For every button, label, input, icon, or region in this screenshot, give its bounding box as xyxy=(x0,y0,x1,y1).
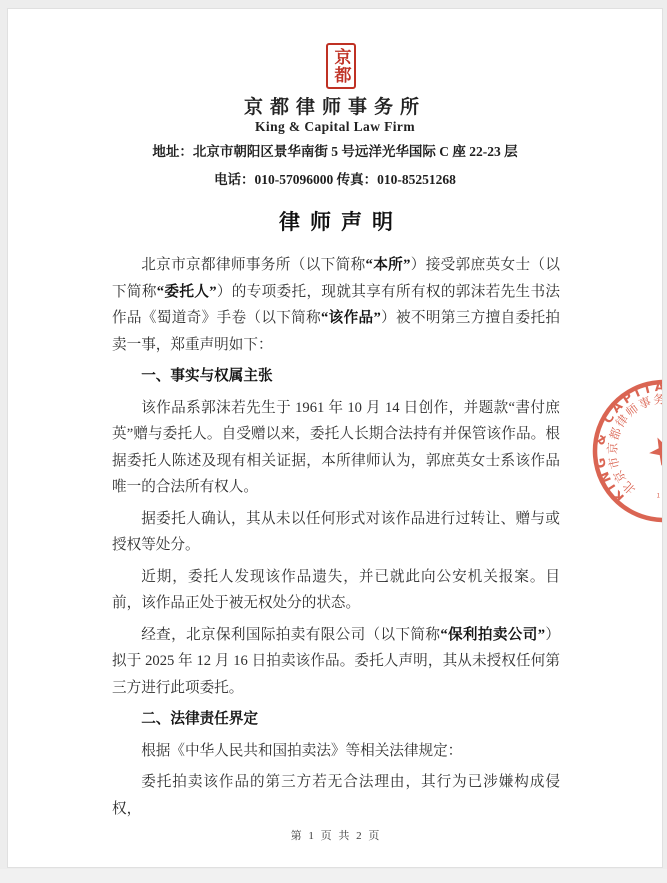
stamp-outer-ring xyxy=(576,363,663,539)
svg-text:北京市京都律师事务所: 北京市京都律师事务所 xyxy=(584,379,663,500)
section-2-paragraph-2: 委托拍卖该作品的第三方若无合法理由，其行为已涉嫌构成侵权， xyxy=(112,769,560,822)
document-content: 律师声明 北京市京都律师事务所（以下简称“本所”）接受郭庶英女士（以下简称“委托… xyxy=(112,208,560,844)
svg-text:KING & CAPITAL: KING & CAPITAL xyxy=(576,366,663,508)
scan-background-strip xyxy=(0,869,667,883)
page-number-indicator: 第 1 页 共 2 页 xyxy=(112,829,560,844)
section-1-paragraph-1: 该作品系郭沫若先生于 1961 年 10 月 14 日创作，并题款“書付庶英”赠… xyxy=(112,395,560,501)
intro-text: 北京市京都律师事务所（以下简称 xyxy=(141,257,365,273)
section-1-paragraph-2: 据委托人确认，其从未以任何形式对该作品进行过转让、赠与或授权等处分。 xyxy=(112,506,560,559)
document-body: 北京市京都律师事务所（以下简称“本所”）接受郭庶英女士（以下简称“委托人”）的专… xyxy=(112,252,560,822)
stamp-code-digits: 1100000000 xyxy=(653,472,663,507)
section-1-heading: 一、事实与权属主张 xyxy=(112,363,560,390)
star-icon xyxy=(645,431,663,468)
paragraph-text: 经查，北京保利国际拍卖有限公司（以下简称 xyxy=(141,627,440,643)
letterhead: 京都 京都律师事务所 King & Capital Law Firm 地址：北京… xyxy=(8,43,662,188)
firm-address-line: 地址：北京市朝阳区景华南街 5 号远洋光华国际 C 座 22-23 层 xyxy=(8,143,662,160)
firm-name-english: King & Capital Law Firm xyxy=(8,119,662,134)
round-stamp-graphic: KING & CAPITAL 北京市京都律师事务所 1100000000 xyxy=(576,363,663,539)
defined-term-auction-company: “保利拍卖公司” xyxy=(440,627,545,643)
defined-term-firm: “本所” xyxy=(366,257,411,273)
section-2-heading: 二、法律责任界定 xyxy=(112,706,560,733)
document-page: 京都 京都律师事务所 King & Capital Law Firm 地址：北京… xyxy=(7,8,663,868)
stamp-chinese-arc-text: 北京市京都律师事务所 xyxy=(584,379,663,500)
section-1-paragraph-4: 经查，北京保利国际拍卖有限公司（以下简称“保利拍卖公司”）拟于 2025 年 1… xyxy=(112,622,560,702)
firm-square-seal-icon: 京都 xyxy=(326,43,356,89)
defined-term-work: “该作品” xyxy=(321,310,381,326)
document-title: 律师声明 xyxy=(112,208,560,237)
firm-round-stamp: KING & CAPITAL 北京市京都律师事务所 1100000000 xyxy=(576,363,663,539)
defined-term-client: “委托人” xyxy=(157,284,217,300)
intro-paragraph: 北京市京都律师事务所（以下简称“本所”）接受郭庶英女士（以下简称“委托人”）的专… xyxy=(112,252,560,358)
stamp-english-arc-text: KING & CAPITAL xyxy=(576,366,663,508)
section-2-paragraph-1: 根据《中华人民共和国拍卖法》等相关法律规定： xyxy=(112,738,560,765)
scanned-legal-document: { "letterhead": { "seal_text": "京都", "fi… xyxy=(0,0,667,883)
section-1-paragraph-3: 近期，委托人发现该作品遗失，并已就此向公安机关报案。目前，该作品正处于被无权处分… xyxy=(112,564,560,617)
firm-phone-fax-line: 电话：010-57096000 传真：010-85251268 xyxy=(8,171,662,188)
firm-name-chinese: 京都律师事务所 xyxy=(8,96,662,119)
svg-text:1100000000: 1100000000 xyxy=(653,472,663,507)
